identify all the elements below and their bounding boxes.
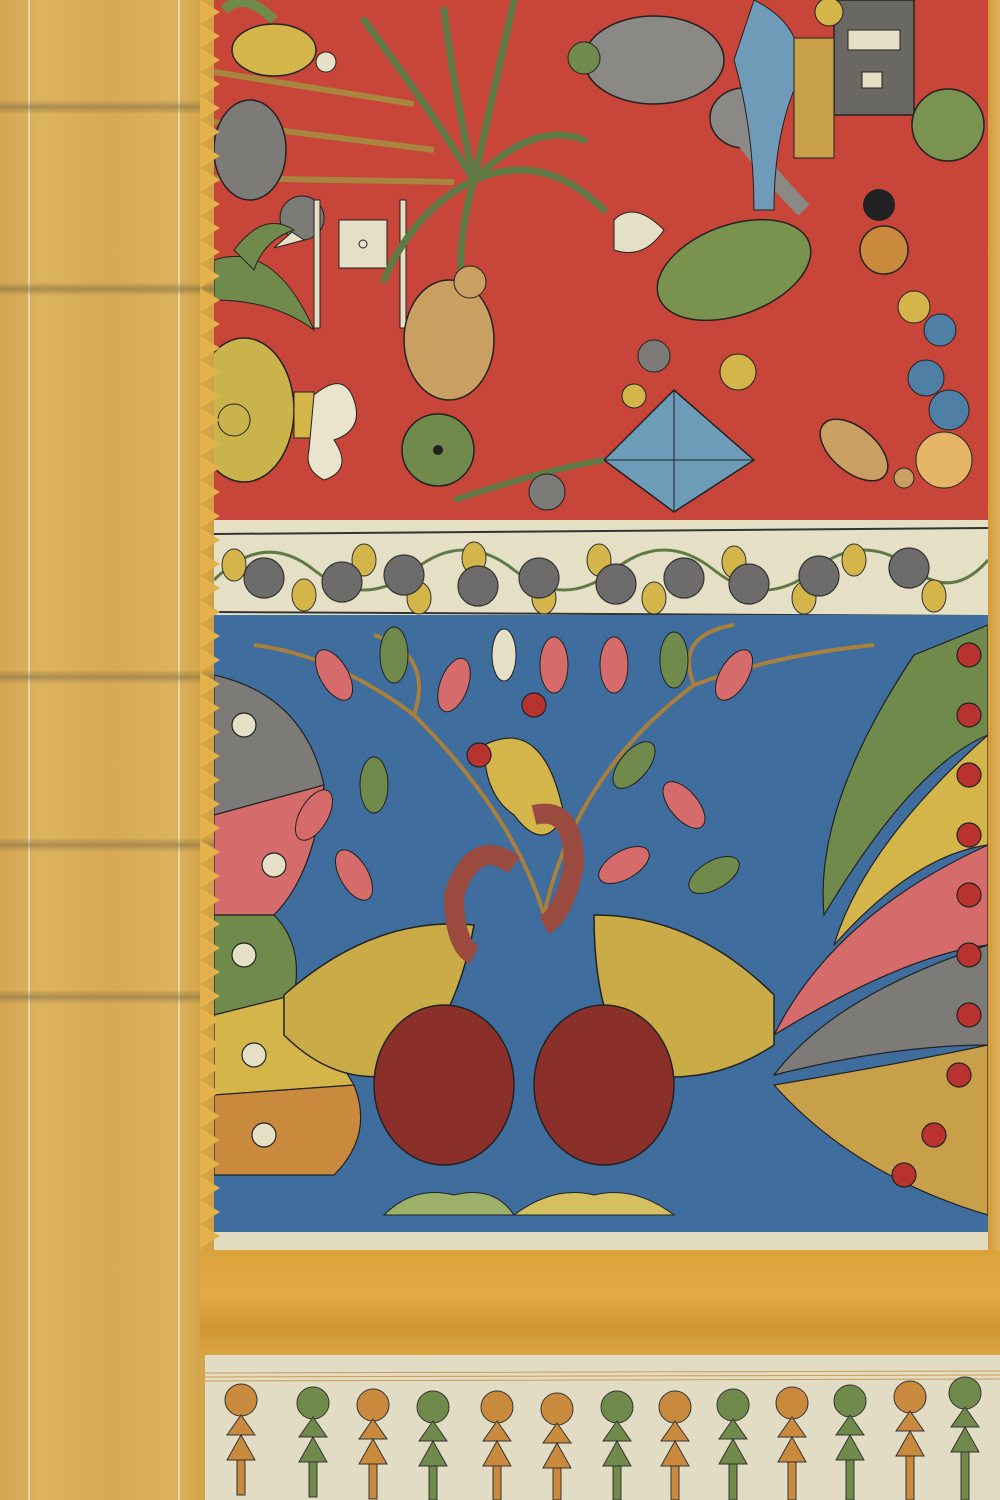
grey-rosettes: [244, 548, 929, 606]
fabric-crease: [0, 838, 215, 852]
gold-pallu-band: [200, 1250, 1000, 1360]
blue-clouds: [908, 314, 969, 430]
right-peacock-tail: [774, 625, 988, 1215]
tree-motif: [912, 89, 984, 161]
sugarcane-plant: [364, 0, 604, 300]
swirl-flower-green: [402, 414, 474, 486]
ground-mounds: [384, 1193, 674, 1216]
parrot-motif: [224, 2, 336, 76]
cream-drop-motif-panel: [205, 1355, 1000, 1500]
zari-stripe: [28, 0, 30, 1500]
deer-motif: [809, 407, 914, 492]
decorated-pot: [214, 338, 357, 482]
round-fruit: [916, 432, 972, 488]
dancing-woman-motif: [614, 189, 908, 340]
fabric-crease: [0, 100, 215, 114]
temple-border-teeth: [200, 0, 220, 1250]
fabric-crease: [0, 282, 215, 296]
blue-peacock-panel: [214, 615, 988, 1235]
right-gold-edge: [988, 0, 1000, 1300]
zari-stripe: [178, 0, 180, 1500]
fabric-crease: [0, 670, 215, 684]
kite-motif: [454, 390, 754, 512]
floral-vine-band: [214, 520, 988, 620]
drop-motifs: [225, 1377, 981, 1500]
bull-motif: [404, 266, 494, 400]
house-motif: [794, 0, 914, 158]
red-narrative-panel: [214, 0, 988, 520]
gold-zari-border: [0, 0, 215, 1500]
fabric-crease: [0, 990, 215, 1004]
left-peacock-tail: [214, 675, 361, 1175]
